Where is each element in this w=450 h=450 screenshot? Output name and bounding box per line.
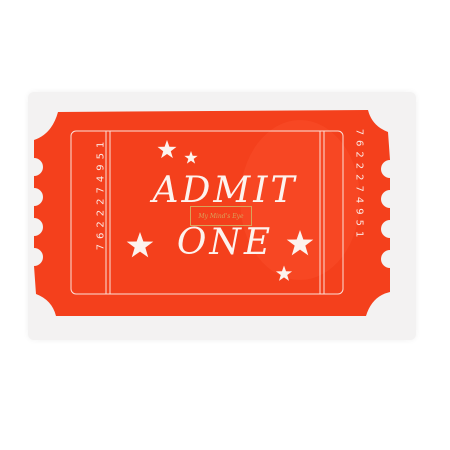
serial-number-right: 7622274951 [353,129,364,243]
serial-number-left: 7622274951 [95,137,106,251]
headline-one: ONE [140,222,310,263]
headline-admit: ADMIT [110,170,340,211]
product-photo: 7622274951 7622274951 ADMIT My Mind's Ey… [0,0,450,450]
